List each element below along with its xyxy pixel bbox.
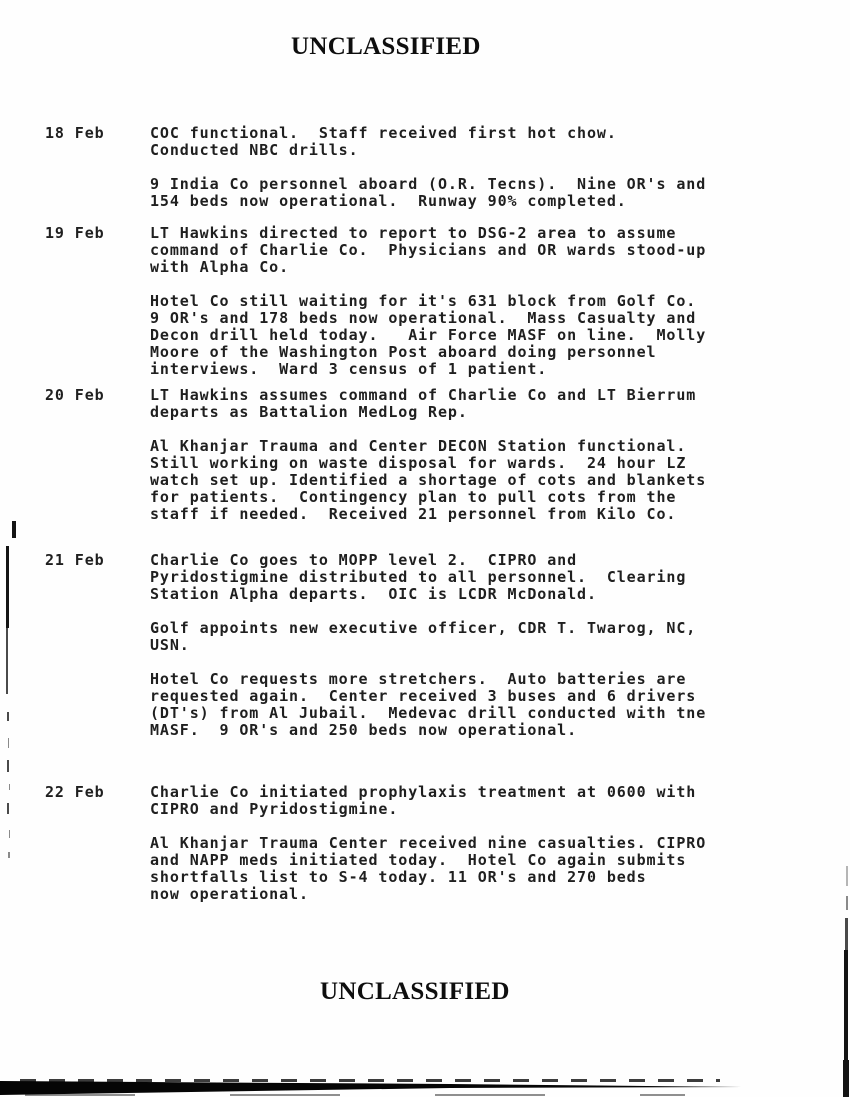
entry-paragraph: COC functional. Staff received first hot…	[150, 125, 765, 159]
entry-date: 18 Feb	[45, 125, 105, 142]
scan-mark-left-dash	[7, 712, 9, 721]
entry-paragraph: Charlie Co initiated prophylaxis treatme…	[150, 784, 765, 818]
log-entry-22-feb: 22 Feb Charlie Co initiated prophylaxis …	[45, 784, 765, 903]
entry-paragraph: 9 India Co personnel aboard (O.R. Tecns)…	[150, 176, 765, 210]
entry-paragraph: LT Hawkins assumes command of Charlie Co…	[150, 387, 765, 421]
entry-date: 20 Feb	[45, 387, 105, 404]
scan-mark-left-line	[6, 628, 8, 694]
scan-mark-right-line	[844, 950, 848, 1060]
entry-paragraph: Hotel Co requests more stretchers. Auto …	[150, 671, 765, 739]
scan-mark-left-dash	[7, 760, 9, 772]
scan-mark-left-dash	[7, 803, 9, 814]
entry-paragraph: Golf appoints new executive officer, CDR…	[150, 620, 765, 654]
scan-mark-left-tick	[12, 521, 16, 538]
log-entry-21-feb: 21 Feb Charlie Co goes to MOPP level 2. …	[45, 552, 765, 739]
entry-paragraph: Hotel Co still waiting for it's 631 bloc…	[150, 293, 765, 378]
log-entry-19-feb: 19 Feb LT Hawkins directed to report to …	[45, 225, 765, 378]
entry-date: 21 Feb	[45, 552, 105, 569]
entry-body: LT Hawkins assumes command of Charlie Co…	[150, 387, 765, 523]
log-entry-18-feb: 18 Feb COC functional. Staff received fi…	[45, 125, 765, 210]
entry-paragraph: LT Hawkins directed to report to DSG-2 a…	[150, 225, 765, 276]
log-entry-20-feb: 20 Feb LT Hawkins assumes command of Cha…	[45, 387, 765, 523]
scan-mark-right-line	[843, 1060, 849, 1097]
entry-body: Charlie Co initiated prophylaxis treatme…	[150, 784, 765, 903]
entry-paragraph: Charlie Co goes to MOPP level 2. CIPRO a…	[150, 552, 765, 603]
scan-mark-left-dash	[9, 784, 10, 790]
entry-body: Charlie Co goes to MOPP level 2. CIPRO a…	[150, 552, 765, 739]
scan-bottom-bar-dashes	[20, 1079, 720, 1082]
scan-mark-left-dash	[8, 852, 10, 858]
scan-mark-left-dash	[9, 830, 10, 838]
classification-footer: UNCLASSIFIED	[320, 979, 510, 1004]
scanned-document-page: UNCLASSIFIED 18 Feb COC functional. Staf…	[0, 0, 850, 1097]
entry-date: 22 Feb	[45, 784, 105, 801]
scan-mark-left-dash	[8, 738, 9, 748]
entry-paragraph: Al Khanjar Trauma and Center DECON Stati…	[150, 438, 765, 523]
scan-bottom-bar-fringe	[25, 1094, 685, 1096]
entry-paragraph: Al Khanjar Trauma Center received nine c…	[150, 835, 765, 903]
scan-mark-right-dash	[846, 866, 848, 886]
classification-header: UNCLASSIFIED	[291, 34, 481, 59]
entry-body: LT Hawkins directed to report to DSG-2 a…	[150, 225, 765, 378]
scan-mark-right-line	[845, 918, 848, 950]
entry-date: 19 Feb	[45, 225, 105, 242]
scan-mark-right-dash	[846, 896, 848, 910]
scan-mark-left-line	[6, 546, 9, 628]
entry-body: COC functional. Staff received first hot…	[150, 125, 765, 210]
